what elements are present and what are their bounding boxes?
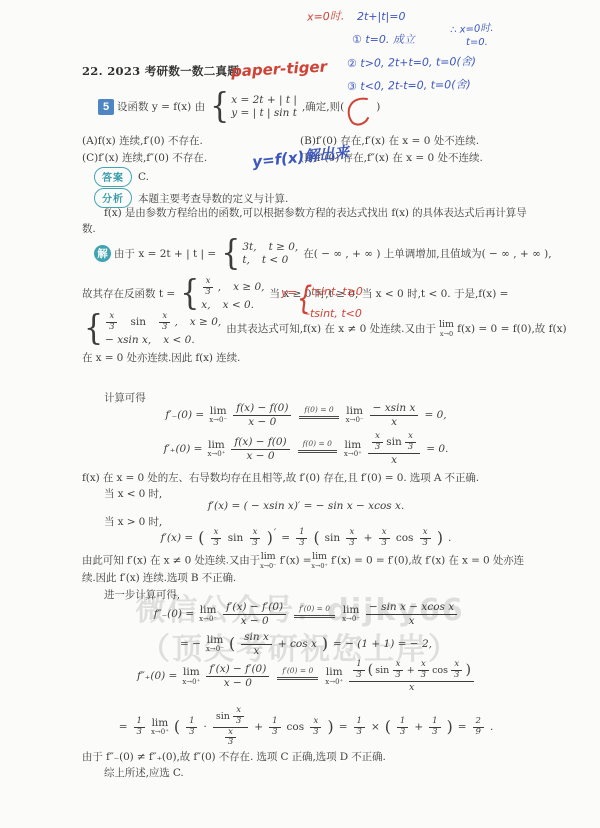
over-equals-fprime0: f′(0) = 0 [277,666,318,680]
answer-row: 答案 C. [82,167,530,187]
equation-left-second-derivative: f″₋(0) = limx→0⁻ f′(x) − f′(0)x − 0 f′(0… [82,601,530,627]
limit-left: limx→0⁻ [346,406,364,425]
stem-post: ,确定,则( [302,99,344,114]
option-b: (B)f′(0) 存在,f′(x) 在 x = 0 处不连续. [300,133,530,148]
sol-p2-pre: 故其存在反函数 t = [82,286,175,301]
exam-title: 22. 2023 考研数一数二真题 [82,63,530,79]
option-c: (C)f′(x) 连续,f″(0) 不存在. [82,150,300,165]
solution-badge: 解 [94,245,111,262]
options-row-2: (C)f′(x) 连续,f″(0) 不存在. (D)f″(0) 存在,f″(x)… [82,150,530,165]
limit-right: limx→0⁺ [311,552,327,569]
fraction: − sin x − xcos xx [366,601,457,627]
document-body: 22. 2023 考研数一数二真题 5 设函数 y = f(x) 由 { x =… [82,0,530,828]
limit-left: limx→0⁻ [342,605,360,624]
analysis-paragraph: f(x) 是由参数方程给出的函数,可以根据参数方程的表达式找出 f(x) 的具体… [82,205,530,237]
nested-fraction: x3 sin x3 x [368,432,420,466]
limit-x-to-0: limx→0 [439,320,454,337]
cases-inverse-t: { x3 , x ≥ 0, x,x < 0. [180,277,264,311]
sol-p3-line2: 在 x = 0 处亦连续.因此 f(x) 连续. [82,350,530,366]
equation-left-second-derivative-value: = − limx→0⁻ ( sin xx + cos x ) = − (1 + … [82,631,530,657]
over-equals-fprime0: f′(0) = 0 [294,604,335,618]
equation-left-first-derivative: f′₋(0) = limx→0⁻ f(x) − f(0)x − 0 f(0) =… [82,402,530,428]
limit-right: limx→0⁺ [151,718,169,737]
sol-p3-b: f(x) = 0 = f(0),故 f(x) [457,321,567,336]
cases-x-of-t: { 3t,t ≥ 0, t,t < 0 [221,240,298,267]
over-equals-f0: f(0) = 0 [299,405,338,419]
limit-right: limx→0⁺ [207,440,225,459]
answer-badge: 答案 [94,167,132,187]
option-d: (D)f″(0) 存在,f″(x) 在 x = 0 处不连续. [300,150,530,165]
sol-p1-pre: 由于 x = 2t + | t | = [114,246,216,261]
final-answer-line: 综上所述,应选 C. [82,765,530,781]
question-number-badge: 5 [98,99,114,115]
limit-left: limx→0⁻ [209,406,227,425]
equation-right-second-derivative: f″₊(0) = limx→0⁺ f′(x) − f′(0)x − 0 f′(0… [82,660,530,693]
limit-right: limx→0⁺ [182,667,200,686]
limit-left: limx→0⁻ [199,605,217,624]
stem-pre: 设函数 y = f(x) 由 [117,99,205,114]
option-a: (A)f(x) 连续,f′(0) 不存在. [82,133,300,148]
equation-fprime-positive: f′(x) = ( x3 sin x3 ) ′ = 13 ( sin x3 + … [82,528,530,549]
equation-fprime-negative: f′(x) = ( − xsin x)′ = − sin x − xcos x. [82,500,530,512]
sinx3-over-x3: sin x3 x3 [213,706,248,748]
limit-left: limx→0⁻ [206,635,224,654]
difference-quotient: f(x) − f(0)x − 0 [231,436,289,462]
sol-p3-a: 由其表达式可知,f(x) 在 x ≠ 0 处连续.又由于 [226,321,436,336]
solution-step-2: 故其存在反函数 t = { x3 , x ≥ 0, x,x < 0. 当 x ≥… [82,277,530,311]
limit-right: limx→0⁺ [325,667,343,686]
sol-p2-post: 当 x ≥ 0 时,t ≥ 0; 当 x < 0 时,t < 0. 于是,f(x… [269,286,508,301]
parametric-system: { x = 2t + | t | y = | t | sin t [210,93,297,120]
sol-p1-post: 在( − ∞ , + ∞ ) 上单调增加,且值域为( − ∞ , + ∞ ), [303,246,551,261]
fraction-sinx-x: sin xx [241,631,272,657]
question-stem: 5 设函数 y = f(x) 由 { x = 2t + | t | y = | … [82,93,530,120]
analysis-line: 本题主要考查导数的定义与计算. [138,191,288,206]
fraction: − xsin xx [370,402,419,428]
solution-step-3: { x3 sin x3 , x ≥ 0, − xsin x,x < 0. 由其表… [82,312,530,346]
answer-value: C. [138,171,149,183]
limit-right: limx→0⁺ [344,440,362,459]
solution-step-1: 解 由于 x = 2t + | t | = { 3t,t ≥ 0, t,t < … [82,240,530,267]
difference-quotient: f(x) − f(0)x − 0 [233,402,291,428]
over-equals-f0: f(0) = 0 [298,439,337,453]
conclusion-b: 由此可知 f′(x) 在 x ≠ 0 处连续.又由于limx→0⁻ f′(x) … [82,552,530,587]
conclusion-a: f(x) 在 x = 0 处的左、右导数均存在且相等,故 f′(0) 存在,且 … [82,470,530,486]
stem-close: ) [376,101,380,113]
equation-right-second-derivative-value: = 13 limx→0⁺ ( 13 · sin x3 x3 + 13 cos x… [82,706,530,748]
cases-f-of-x: { x3 sin x3 , x ≥ 0, − xsin x,x < 0. [84,312,221,346]
difference-quotient: f′(x) − f′(0)x − 0 [223,601,286,627]
big-nested-fraction: 13 ( sin x3 + x3 cos x3 ) x [349,660,474,693]
scanned-exam-page: { "header": { "title": "22. 2023 考研数一数二真… [0,0,600,828]
conclusion-c: 由于 f″₋(0) ≠ f″₊(0),故 f″(0) 不存在. 选项 C 正确,… [82,749,530,765]
limit-left: limx→0⁻ [260,552,276,569]
options-row-1: (A)f(x) 连续,f′(0) 不存在. (B)f′(0) 存在,f′(x) … [82,133,530,148]
difference-quotient: f′(x) − f′(0)x − 0 [206,663,269,689]
equation-right-first-derivative: f′₊(0) = limx→0⁺ f(x) − f(0)x − 0 f(0) =… [82,432,530,466]
